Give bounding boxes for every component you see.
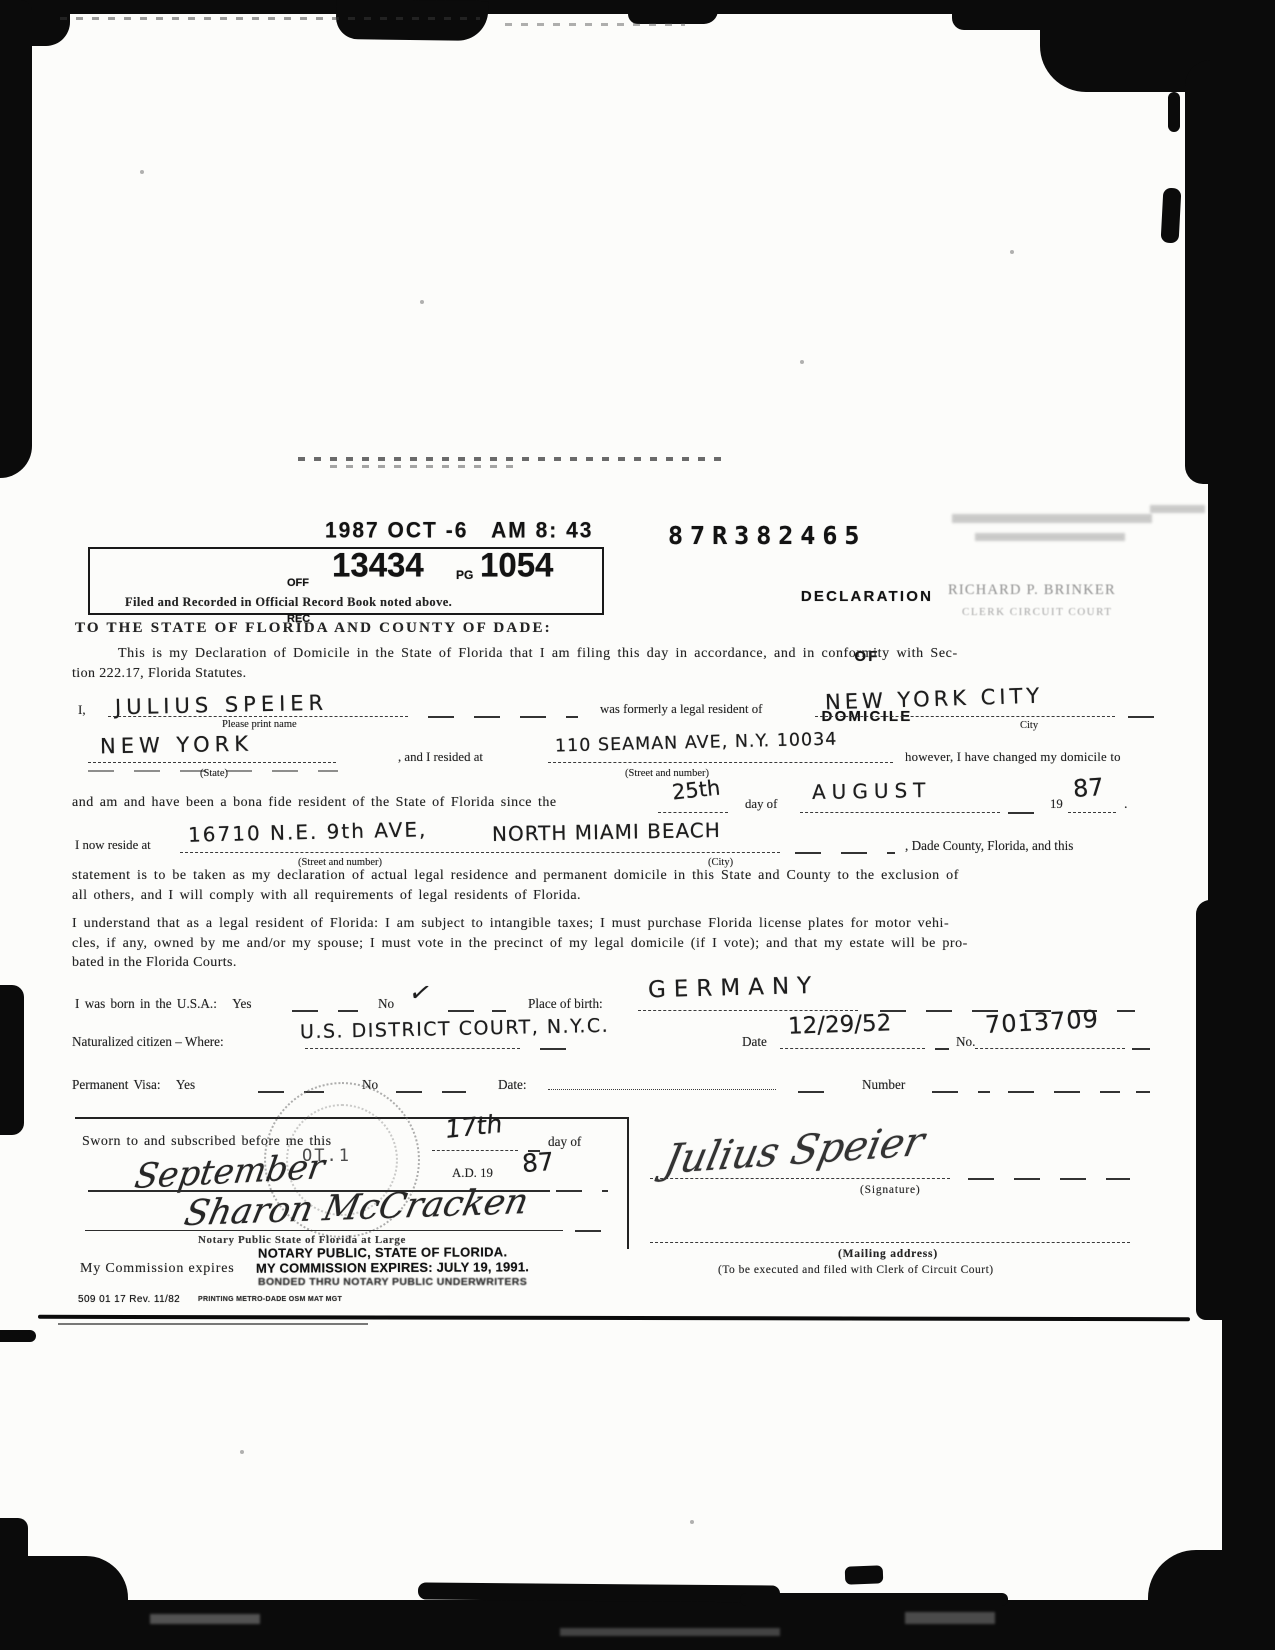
- blank-line: [548, 762, 893, 763]
- blank-line: [638, 1010, 858, 1011]
- printer-note: PRINTING METRO-DADE OSM MAT MGT: [198, 1296, 342, 1303]
- mailing-address-line: [650, 1242, 1130, 1243]
- blank-line: [548, 1089, 776, 1090]
- born-no-label: No: [378, 996, 394, 1012]
- naturalized-number-value: 7013709: [984, 1005, 1099, 1039]
- clerk-stamp-smudge: [1150, 505, 1205, 513]
- naturalized-label: Naturalized citizen – Where:: [72, 1034, 224, 1050]
- visa-label: Permanent Visa: Yes: [72, 1077, 195, 1093]
- new-city-value: NORTH MIAMI BEACH: [492, 818, 721, 846]
- blank-line: [1008, 1091, 1120, 1093]
- clerk-name: RICHARD P. BRINKER: [948, 582, 1116, 599]
- changed-domicile-label: however, I have changed my domicile to: [905, 750, 1121, 765]
- blank-line: [795, 852, 895, 854]
- reside-label: I now reside at: [75, 838, 151, 853]
- scan-artifact: [0, 1600, 1275, 1650]
- new-address-value: 16710 N.E. 9th AVE,: [188, 817, 428, 846]
- since-year-value: 87: [1072, 773, 1104, 803]
- intro-line2: tion 222.17, Florida Statutes.: [72, 666, 247, 682]
- scan-artifact: [740, 1593, 1008, 1606]
- blank-line: [575, 1230, 615, 1232]
- scan-artifact: [628, 0, 718, 24]
- scan-artifact: [800, 360, 804, 364]
- record-book-number: 13434: [332, 545, 424, 585]
- understand-line1: I understand that as a legal resident of…: [72, 916, 949, 932]
- scan-artifact: [298, 457, 728, 461]
- scan-artifact: [1010, 250, 1014, 254]
- signature-line: [650, 1178, 950, 1179]
- blank-line: [1068, 812, 1116, 813]
- recording-datetime-stamp: 1987 OCT -6 AM 8: 43: [325, 518, 593, 543]
- birth-place-value: GERMANY: [648, 973, 820, 1003]
- sentence-period: .: [1124, 797, 1128, 813]
- former-resident-label: was formerly a legal resident of: [600, 702, 762, 717]
- scanned-document-page: 1987 OCT -6 AM 8: 43 87R382465 OFF REC 1…: [0, 0, 1275, 1650]
- notary-stamp-line3: BONDED THRU NOTARY PUBLIC UNDERWRITERS: [258, 1276, 527, 1288]
- scan-artifact: [420, 300, 424, 304]
- scan-artifact: [0, 985, 24, 1135]
- scan-artifact: [1168, 92, 1180, 132]
- blank-line: [1136, 1091, 1150, 1093]
- city-caption: City: [1020, 720, 1038, 731]
- scan-artifact: [240, 1450, 244, 1454]
- off-label: OFF: [287, 577, 310, 589]
- addressee-heading: TO THE STATE OF FLORIDA AND COUNTY OF DA…: [75, 620, 552, 637]
- page-abbrev-label: PG: [456, 568, 473, 582]
- scan-artifact: [60, 17, 480, 20]
- scan-artifact: [1161, 188, 1182, 244]
- notary-stamp-line2: MY COMMISSION EXPIRES: JULY 19, 1991.: [256, 1259, 529, 1275]
- blank-line: [432, 1150, 518, 1151]
- naturalized-date-label: Date: [742, 1034, 767, 1050]
- scan-artifact: [1148, 1550, 1275, 1650]
- scan-artifact: [1185, 60, 1275, 484]
- scan-artifact: [140, 170, 144, 174]
- declarant-name-value: JULIUS SPEIER: [115, 691, 329, 719]
- understand-line3: bated in the Florida Courts.: [72, 955, 237, 971]
- blank-line: [448, 1010, 478, 1012]
- record-number-stamp: 87R382465: [668, 521, 866, 550]
- since-month-value: AUGUST: [812, 778, 932, 804]
- signature-caption: (Signature): [860, 1184, 921, 1196]
- blank-line: [815, 716, 1115, 717]
- scan-artifact: [150, 1614, 260, 1624]
- statement-line2: all others, and I will comply with all r…: [72, 888, 581, 904]
- blank-line: [396, 1091, 466, 1093]
- blank-line: [556, 1190, 608, 1192]
- scan-artifact: [905, 1612, 995, 1624]
- blank-line: [1008, 812, 1040, 814]
- naturalized-number-label: No.: [956, 1034, 975, 1050]
- blank-line: [1128, 716, 1156, 718]
- clerk-title: CLERK CIRCUIT COURT: [962, 606, 1112, 618]
- scan-artifact: [1196, 900, 1275, 1320]
- year-prefix-label: 19: [1050, 797, 1063, 812]
- record-page-number: 1054: [480, 545, 553, 585]
- scan-artifact: [845, 1565, 884, 1584]
- blank-line: [88, 762, 336, 763]
- filed-note: Filed and Recorded in Official Record Bo…: [125, 595, 452, 610]
- document-title-line1: DECLARATION: [788, 587, 946, 607]
- blank-line: [798, 1091, 826, 1093]
- blank-line: [932, 1091, 990, 1093]
- blank-line: [428, 716, 578, 718]
- since-day-value: 25th: [671, 776, 722, 805]
- scan-artifact: [58, 1323, 368, 1325]
- city-caption2: (City): [708, 857, 733, 868]
- scan-artifact: [0, 0, 32, 478]
- scan-artifact: [38, 1315, 1190, 1321]
- naturalized-date-value: 12/29/52: [788, 1010, 892, 1040]
- scan-artifact: [0, 1330, 36, 1342]
- blank-line: [1132, 1048, 1150, 1050]
- notary-stamp-line1: NOTARY PUBLIC, STATE OF FLORIDA.: [258, 1244, 507, 1260]
- sworn-year-value: 87: [521, 1147, 555, 1178]
- scan-artifact: [690, 1520, 694, 1524]
- blank-line: [800, 812, 1000, 813]
- i-label: I,: [78, 702, 86, 718]
- scan-artifact: [336, 0, 489, 41]
- scan-artifact: [0, 1556, 128, 1650]
- name-caption: Please print name: [222, 719, 297, 730]
- day-of-label: day of: [745, 797, 777, 812]
- birth-place-label: Place of birth:: [528, 996, 603, 1012]
- blank-line: [492, 1010, 506, 1012]
- resided-label: , and I resided at: [398, 750, 483, 765]
- ad-year-label: A.D. 19: [452, 1166, 493, 1181]
- blank-line: [935, 1048, 949, 1050]
- understand-line2: cles, if any, owned by me and/or my spou…: [72, 936, 968, 952]
- born-label: I was born in the U.S.A.: Yes: [75, 996, 251, 1012]
- declarant-signature-script: Julius Speier: [660, 1119, 928, 1184]
- blank-line: [780, 1048, 925, 1049]
- sworn-day-of-label: day of: [548, 1134, 581, 1150]
- mailing-caption: (Mailing address): [838, 1248, 938, 1260]
- scan-artifact: [1208, 480, 1275, 910]
- blank-line: [880, 1010, 1000, 1012]
- commission-label: My Commission expires: [80, 1261, 234, 1277]
- county-label: , Dade County, Florida, and this: [905, 838, 1073, 854]
- blank-line: [540, 1048, 580, 1050]
- former-state-value: NEW YORK: [100, 732, 253, 759]
- signature-line: [968, 1178, 1130, 1180]
- intro-line1: This is my Declaration of Domicile in th…: [118, 646, 958, 662]
- scan-artifact: [330, 465, 520, 468]
- scan-artifact: [418, 1582, 780, 1602]
- execute-caption: (To be executed and filed with Clerk of …: [718, 1264, 994, 1276]
- bona-fide-label: and am and have been a bona fide residen…: [72, 795, 557, 811]
- scan-artifact: [560, 1628, 780, 1636]
- scan-artifact: [505, 23, 685, 26]
- sworn-day-value: 17th: [444, 1109, 503, 1144]
- blank-line: [975, 1048, 1125, 1049]
- clerk-stamp-smudge: [975, 533, 1125, 541]
- blank-line: [305, 1048, 520, 1049]
- statement-line1: statement is to be taken as my declarati…: [72, 868, 959, 884]
- blank-line: [292, 1010, 358, 1012]
- form-code: 509 01 17 Rev. 11/82: [78, 1294, 180, 1305]
- naturalized-where-value: U.S. DISTRICT COURT, N.Y.C.: [300, 1015, 610, 1043]
- blank-line: [180, 852, 780, 853]
- clerk-stamp-smudge: [952, 514, 1152, 523]
- visa-number-label: Number: [862, 1077, 905, 1093]
- blank-line: [658, 812, 728, 813]
- blank-line: [108, 716, 408, 717]
- street-caption2: (Street and number): [298, 857, 382, 868]
- born-no-checkmark: ✓: [407, 977, 435, 1008]
- blank-line: [85, 1230, 563, 1231]
- visa-date-label: Date:: [498, 1077, 527, 1093]
- state-caption: (State): [200, 768, 228, 779]
